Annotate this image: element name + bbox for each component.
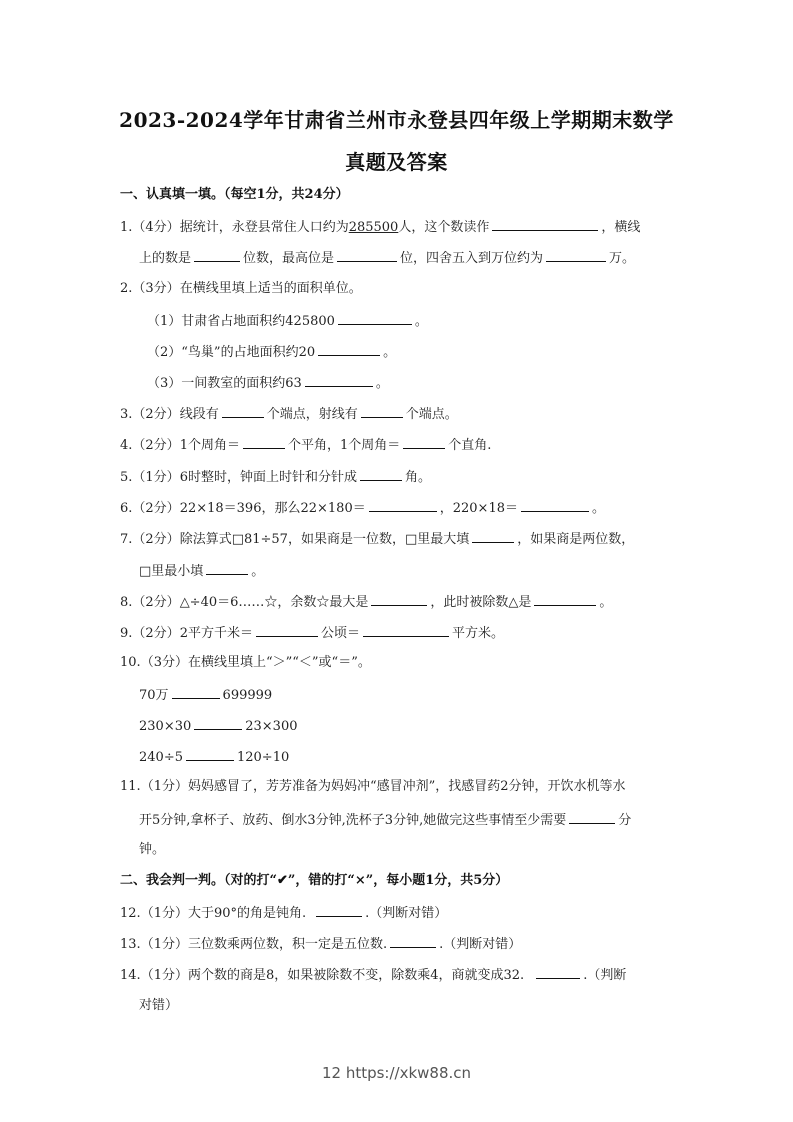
answer-blank[interactable] [194, 716, 242, 730]
question-number: 3. [120, 407, 132, 422]
question-score: （2分） [132, 595, 179, 610]
subitem-text: 一间教室的面积约63 [181, 376, 302, 391]
subitem-text: 甘肃省占地面积约425800 [181, 314, 335, 329]
question-2-subitem-3: （3）一间教室的面积约63。 [147, 373, 707, 393]
question-4: 4.（2分）1个周角＝个平角，1个周角＝个直角. [120, 435, 680, 455]
answer-blank[interactable] [338, 311, 412, 325]
question-score: （2分） [132, 438, 179, 453]
question-score: （3分） [141, 655, 188, 670]
question-text: 万。 [609, 251, 635, 266]
question-text: 个端点，射线有 [267, 407, 358, 422]
question-text: 2平方千米＝ [180, 626, 253, 641]
question-number: 5. [120, 470, 132, 485]
question-score: （1分） [141, 906, 188, 921]
question-number: 14. [120, 968, 141, 983]
question-text: ，220×18＝ [440, 501, 518, 516]
answer-blank[interactable] [361, 404, 403, 418]
section-2-heading: 二、我会判一判。（对的打“✔”，错的打“×”，每小题1分，共5分） [120, 872, 680, 890]
question-text: ，此时被除数△是 [430, 595, 531, 610]
question-number: 12. [120, 906, 141, 921]
answer-blank[interactable] [256, 623, 318, 637]
question-text: △÷40＝6……☆，余数☆最大是 [180, 595, 369, 610]
answer-blank[interactable] [337, 248, 397, 262]
question-number: 8. [120, 595, 132, 610]
answer-blank[interactable] [243, 435, 285, 449]
question-text: ，横线 [601, 220, 640, 235]
question-11-continued-2: 钟。 [139, 841, 699, 859]
question-score: （2分） [132, 532, 179, 547]
question-text: 个端点。 [406, 407, 458, 422]
question-score: （3分） [132, 281, 179, 296]
question-number: 9. [120, 626, 132, 641]
document-title-line2: 真题及答案 [0, 146, 793, 175]
question-score: （4分） [132, 220, 179, 235]
question-13: 13.（1分）三位数乘两位数，积一定是五位数..（判断对错） [120, 934, 680, 954]
question-2: 2.（3分）在横线里填上适当的面积单位。 [120, 280, 680, 298]
answer-blank[interactable] [206, 561, 248, 575]
question-text: 6时整时，钟面上时针和分针成 [180, 470, 357, 485]
question-text: 在横线里填上适当的面积单位。 [180, 281, 362, 296]
answer-blank[interactable] [492, 217, 598, 231]
question-text: 人，这个数读作 [398, 220, 489, 235]
question-text: 1个周角＝ [180, 438, 240, 453]
answer-blank[interactable] [316, 903, 362, 917]
compare-left: 230×30 [139, 719, 191, 734]
question-14: 14.（1分）两个数的商是8，如果被除数不变，除数乘4，商就变成32..（判断 [120, 965, 680, 985]
question-text: 平方米。 [452, 626, 504, 641]
question-text: 线段有 [180, 407, 219, 422]
question-text: 除法算式□81÷57，如果商是一位数，□里最大填 [180, 532, 470, 547]
compare-left: 240÷5 [139, 750, 183, 765]
compare-left: 70万 [139, 688, 169, 703]
question-text: .（判断 [583, 968, 626, 983]
question-number: 11. [120, 779, 141, 794]
question-text: 。 [592, 501, 605, 516]
subitem-label: （1） [147, 314, 181, 329]
question-7: 7.（2分）除法算式□81÷57，如果商是一位数，□里最大填，如果商是两位数， [120, 529, 680, 549]
answer-blank[interactable] [569, 810, 615, 824]
question-text: 据统计，永登县常住人口约为 [180, 220, 349, 235]
question-text: 大于90°的角是钝角. [188, 906, 306, 921]
question-score: （1分） [141, 937, 188, 952]
question-text: 两个数的商是8，如果被除数不变，除数乘4，商就变成32. [188, 968, 524, 983]
question-10: 10.（3分）在横线里填上“＞”“＜”或“＝”。 [120, 654, 680, 672]
compare-right: 23×300 [245, 719, 297, 734]
question-7-continued: □里最小填。 [139, 561, 699, 581]
answer-blank[interactable] [363, 623, 449, 637]
question-number: 4. [120, 438, 132, 453]
question-text: 个直角. [448, 438, 491, 453]
question-text: 开5分钟,拿杯子、放药、倒水3分钟,洗杯子3分钟,她做完这些事情至少需要 [139, 813, 566, 828]
answer-blank[interactable] [172, 685, 220, 699]
question-1: 1.（4分）据统计，永登县常住人口约为285500人，这个数读作，横线 [120, 217, 680, 237]
subitem-label: （2） [147, 345, 181, 360]
answer-blank[interactable] [546, 248, 606, 262]
question-text: 个平角，1个周角＝ [288, 438, 400, 453]
question-text: □里最小填 [139, 564, 203, 579]
question-9: 9.（2分）2平方千米＝公顷＝平方米。 [120, 623, 680, 643]
question-11-continued: 开5分钟,拿杯子、放药、倒水3分钟,洗杯子3分钟,她做完这些事情至少需要分 [139, 810, 699, 830]
subitem-label: （3） [147, 376, 181, 391]
question-text: 公顷＝ [321, 626, 360, 641]
question-number: 6. [120, 501, 132, 516]
question-text: 22×18＝396，那么22×180＝ [180, 501, 366, 516]
question-score: （1分） [141, 968, 188, 983]
question-number: 2. [120, 281, 132, 296]
question-2-subitem-1: （1）甘肃省占地面积约425800。 [147, 311, 707, 331]
question-text: 位，四舍五入到万位约为 [400, 251, 543, 266]
question-3: 3.（2分）线段有个端点，射线有个端点。 [120, 404, 680, 424]
question-1-continued: 上的数是位数，最高位是位，四舍五入到万位约为万。 [139, 248, 699, 268]
question-score: （2分） [132, 407, 179, 422]
answer-blank[interactable] [390, 934, 436, 948]
question-text: 在横线里填上“＞”“＜”或“＝”。 [188, 655, 371, 670]
question-5: 5.（1分）6时整时，钟面上时针和分针成角。 [120, 467, 680, 487]
question-number: 7. [120, 532, 132, 547]
question-10-compare-1: 70万699999 [139, 685, 699, 705]
question-score: （1分） [141, 779, 188, 794]
answer-blank[interactable] [360, 467, 402, 481]
subitem-end: 。 [383, 345, 396, 360]
question-text: 位数，最高位是 [243, 251, 334, 266]
question-6: 6.（2分）22×18＝396，那么22×180＝，220×18＝。 [120, 498, 680, 518]
answer-blank[interactable] [318, 342, 380, 356]
answer-blank[interactable] [536, 965, 580, 979]
question-number: 13. [120, 937, 141, 952]
answer-blank[interactable] [521, 498, 589, 512]
question-text: 。 [599, 595, 612, 610]
answer-blank[interactable] [472, 529, 514, 543]
question-11: 11.（1分）妈妈感冒了，芳芳准备为妈妈冲“感冒冲剂”，找感冒药2分钟，开饮水机… [120, 778, 680, 796]
exam-page: 2023-2024学年甘肃省兰州市永登县四年级上学期期末数学 真题及答案 一、认… [0, 0, 793, 1122]
document-title-line1: 2023-2024学年甘肃省兰州市永登县四年级上学期期末数学 [0, 104, 793, 133]
question-text: 上的数是 [139, 251, 191, 266]
question-text: 角。 [405, 470, 431, 485]
question-text: ，如果商是两位数， [517, 532, 634, 547]
question-12: 12.（1分）大于90°的角是钝角..（判断对错） [120, 903, 680, 923]
question-14-continued: 对错） [139, 997, 699, 1015]
answer-blank[interactable] [186, 747, 234, 761]
answer-blank[interactable] [305, 373, 373, 387]
question-score: （2分） [132, 501, 179, 516]
question-10-compare-3: 240÷5120÷10 [139, 747, 699, 767]
section-1-heading: 一、认真填一填。（每空1分，共24分） [120, 186, 680, 204]
question-text: 三位数乘两位数，积一定是五位数. [188, 937, 387, 952]
question-text: .（判断对错） [365, 906, 447, 921]
question-number: 10. [120, 655, 141, 670]
compare-right: 699999 [223, 688, 273, 703]
question-score: （1分） [132, 470, 179, 485]
subitem-text: “鸟巢”的占地面积约20 [181, 345, 315, 360]
population-number: 285500 [349, 220, 399, 235]
question-text: 分 [618, 813, 631, 828]
question-score: （2分） [132, 626, 179, 641]
question-8: 8.（2分）△÷40＝6……☆，余数☆最大是，此时被除数△是。 [120, 592, 680, 612]
question-2-subitem-2: （2）“鸟巢”的占地面积约20。 [147, 342, 707, 362]
subitem-end: 。 [415, 314, 428, 329]
page-footer-watermark: 12 https://xkw88.cn [0, 1064, 793, 1082]
subitem-end: 。 [376, 376, 389, 391]
question-text: 妈妈感冒了，芳芳准备为妈妈冲“感冒冲剂”，找感冒药2分钟，开饮水机等水 [188, 779, 626, 794]
answer-blank[interactable] [222, 404, 264, 418]
question-number: 1. [120, 220, 132, 235]
answer-blank[interactable] [369, 498, 437, 512]
answer-blank[interactable] [371, 592, 427, 606]
question-text: .（判断对错） [439, 937, 521, 952]
answer-blank[interactable] [403, 435, 445, 449]
compare-right: 120÷10 [237, 750, 289, 765]
question-text: 。 [251, 564, 264, 579]
answer-blank[interactable] [194, 248, 240, 262]
question-text: 钟。 [139, 842, 165, 857]
question-text: 对错） [139, 998, 178, 1013]
answer-blank[interactable] [534, 592, 596, 606]
question-10-compare-2: 230×3023×300 [139, 716, 699, 736]
